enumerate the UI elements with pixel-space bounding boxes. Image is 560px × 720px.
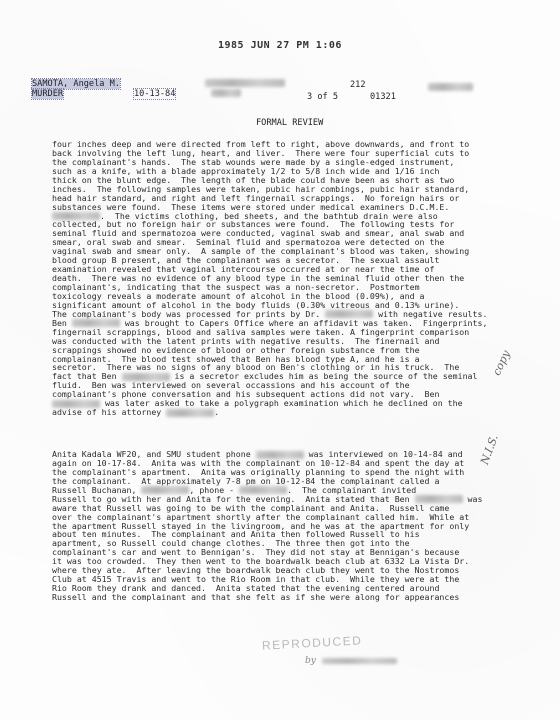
redacted-block	[122, 373, 170, 381]
text-segment: .	[214, 407, 219, 417]
redacted-block	[52, 212, 100, 220]
by-label: by	[305, 656, 316, 666]
redacted-block	[52, 400, 100, 408]
redacted-block	[428, 83, 473, 91]
complainant-name: SAMOTA, Angela M.	[32, 79, 120, 89]
header-date: 10-13-84	[134, 89, 175, 99]
reproduced-stamp: REPRODUCED	[262, 633, 363, 652]
document-page: 1985 JUN 27 PM 1:06 SAMOTA, Angela M. MU…	[0, 0, 560, 720]
redacted-block	[141, 486, 189, 494]
text-line: advise of his attorney .	[52, 408, 532, 417]
service-number: 01321	[370, 92, 396, 102]
text-segment: Russell and the complainant and that she…	[52, 592, 459, 602]
offense-type: MURDER	[32, 89, 63, 99]
redacted-block	[256, 451, 304, 459]
document-title: FORMAL REVIEW	[256, 118, 323, 128]
redacted-block	[415, 495, 463, 503]
header-redacted-address	[205, 78, 285, 98]
redacted-signature	[322, 658, 397, 664]
header-offense: MURDER	[32, 89, 63, 99]
text-segment: was	[463, 494, 483, 504]
paragraph-autopsy-findings: four inches deep and were directed from …	[52, 140, 532, 417]
reproduced-by: by	[305, 656, 397, 666]
redacted-block	[325, 310, 373, 318]
header-redacted-right	[428, 82, 473, 92]
redacted-block	[166, 409, 214, 417]
beat-number: 212	[350, 80, 366, 90]
text-segment: advise of his attorney	[52, 407, 166, 417]
paragraph-witness-interview: Anita Kadala WF20, and SMU student phone…	[52, 450, 532, 602]
redacted-block	[72, 319, 120, 327]
received-date-stamp: 1985 JUN 27 PM 1:06	[218, 40, 342, 51]
offense-date: 10-13-84	[134, 89, 175, 99]
redacted-block	[211, 89, 241, 97]
redacted-block	[205, 79, 285, 87]
header-name: SAMOTA, Angela M.	[32, 79, 120, 89]
text-line: Russell and the complainant and that she…	[52, 593, 532, 602]
redacted-block	[239, 486, 287, 494]
page-indicator: 3 of 5	[307, 92, 338, 102]
